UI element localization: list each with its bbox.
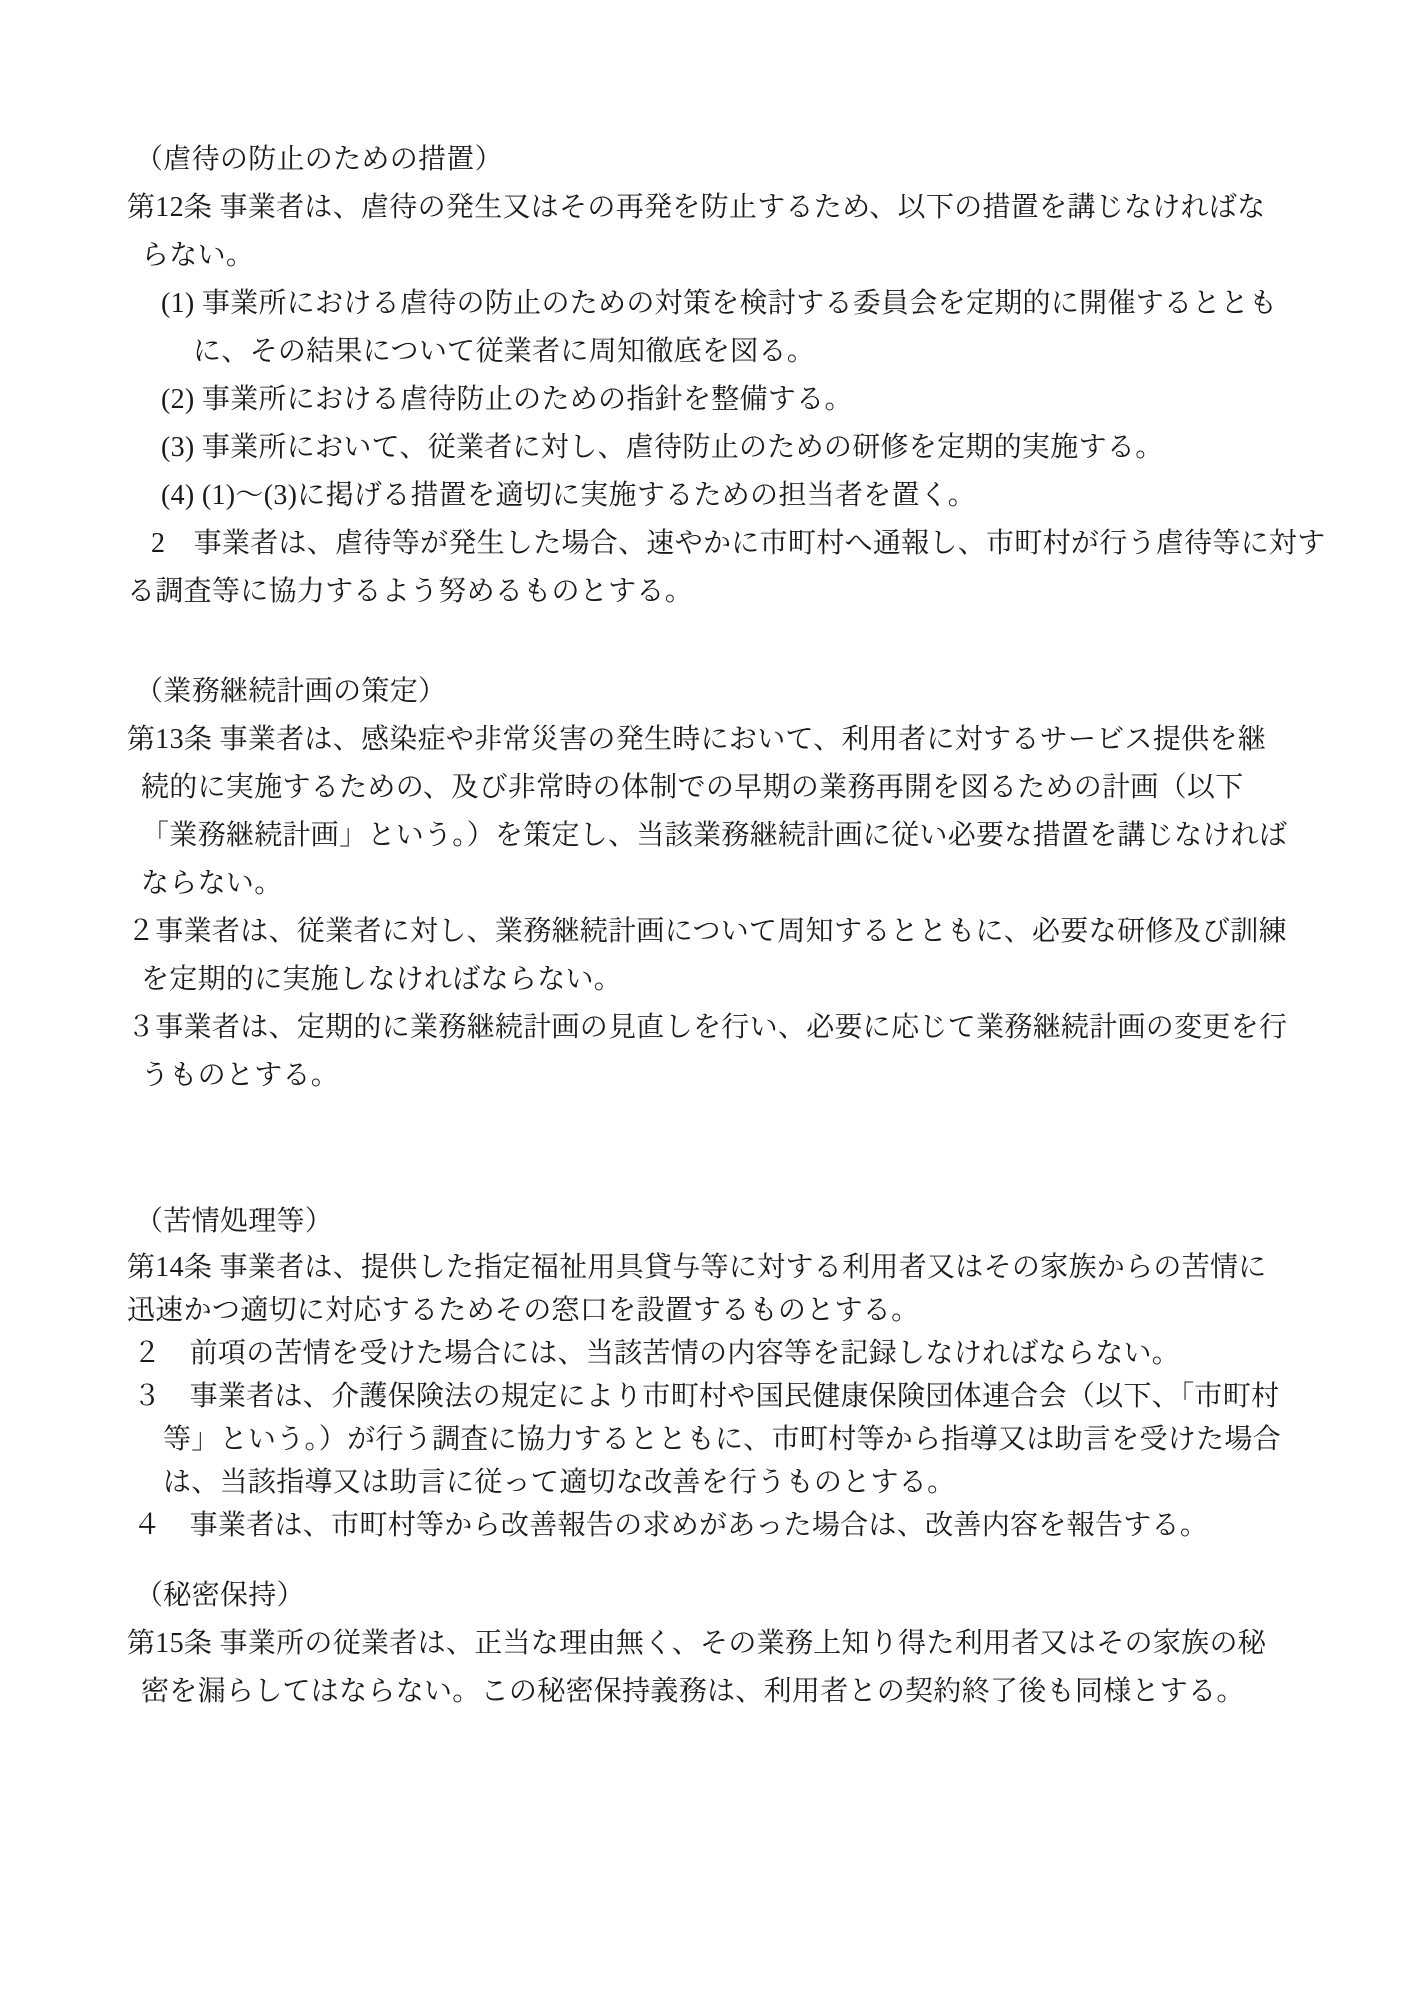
document-line: ３事業者は、定期的に業務継続計画の見直しを行い、必要に応じて業務継続計画の変更を… bbox=[127, 1004, 1353, 1052]
document-line: ３ 事業者は、介護保険法の規定により市町村や国民健康保険団体連合会（以下、「市町… bbox=[127, 1375, 1353, 1418]
section-heading: （苦情処理等） bbox=[127, 1198, 1353, 1246]
document-line: 「業務継続計画」という。）を策定し、当該業務継続計画に従い必要な措置を講じなけれ… bbox=[127, 812, 1353, 860]
document-line: ならない。 bbox=[127, 860, 1353, 908]
document-line: (3) 事業所において、従業者に対し、虐待防止のための研修を定期的実施する。 bbox=[127, 424, 1353, 472]
document-line: 第12条 事業者は、虐待の発生又はその再発を防止するため、以下の措置を講じなけれ… bbox=[127, 184, 1353, 232]
section-abuse-prevention-measures: （虐待の防止のための措置） 第12条 事業者は、虐待の発生又はその再発を防止する… bbox=[127, 136, 1353, 616]
document-line: ４ 事業者は、市町村等から改善報告の求めがあった場合は、改善内容を報告する。 bbox=[127, 1504, 1353, 1547]
document-line: (1) 事業所における虐待の防止のための対策を検討する委員会を定期的に開催すると… bbox=[127, 280, 1353, 328]
section-heading: （業務継続計画の策定） bbox=[127, 668, 1353, 716]
document-line: 等」という。）が行う調査に協力するとともに、市町村等から指導又は助言を受けた場合 bbox=[127, 1418, 1353, 1461]
document-line: 続的に実施するための、及び非常時の体制での早期の業務再開を図るための計画（以下 bbox=[127, 764, 1353, 812]
document-line: ２ 前項の苦情を受けた場合には、当該苦情の内容等を記録しなければならない。 bbox=[127, 1332, 1353, 1375]
section-business-continuity-plan: （業務継続計画の策定） 第13条 事業者は、感染症や非常災害の発生時において、利… bbox=[127, 668, 1353, 1100]
document-line: は、当該指導又は助言に従って適切な改善を行うものとする。 bbox=[127, 1461, 1353, 1504]
document-line: らない。 bbox=[127, 232, 1353, 280]
section-confidentiality: （秘密保持） 第15条 事業所の従業者は、正当な理由無く、その業務上知り得た利用… bbox=[127, 1572, 1353, 1716]
document-line: を定期的に実施しなければならない。 bbox=[127, 956, 1353, 1004]
document-line: (2) 事業所における虐待防止のための指針を整備する。 bbox=[127, 376, 1353, 424]
document-line: うものとする。 bbox=[127, 1052, 1353, 1100]
document-line: 第15条 事業所の従業者は、正当な理由無く、その業務上知り得た利用者又はその家族… bbox=[127, 1620, 1353, 1668]
document-line: 迅速かつ適切に対応するためその窓口を設置するものとする。 bbox=[127, 1289, 1353, 1332]
document-line: 第14条 事業者は、提供した指定福祉用具貸与等に対する利用者又はその家族からの苦… bbox=[127, 1246, 1353, 1289]
document-line: に、その結果について従業者に周知徹底を図る。 bbox=[127, 328, 1353, 376]
document-line: ２事業者は、従業者に対し、業務継続計画について周知するとともに、必要な研修及び訓… bbox=[127, 908, 1353, 956]
document-line: 密を漏らしてはならない。この秘密保持義務は、利用者との契約終了後も同様とする。 bbox=[127, 1668, 1353, 1716]
document-line: 第13条 事業者は、感染症や非常災害の発生時において、利用者に対するサービス提供… bbox=[127, 716, 1353, 764]
section-heading: （秘密保持） bbox=[127, 1572, 1353, 1620]
document-line: る調査等に協力するよう努めるものとする。 bbox=[127, 568, 1353, 616]
document-line: 2 事業者は、虐待等が発生した場合、速やかに市町村へ通報し、市町村が行う虐待等に… bbox=[127, 520, 1353, 568]
section-complaint-handling: （苦情処理等） 第14条 事業者は、提供した指定福祉用具貸与等に対する利用者又は… bbox=[127, 1198, 1353, 1547]
document-line: (4) (1)～(3)に掲げる措置を適切に実施するための担当者を置く。 bbox=[127, 472, 1353, 520]
document-page: （虐待の防止のための措置） 第12条 事業者は、虐待の発生又はその再発を防止する… bbox=[0, 0, 1413, 2000]
section-heading: （虐待の防止のための措置） bbox=[127, 136, 1353, 184]
